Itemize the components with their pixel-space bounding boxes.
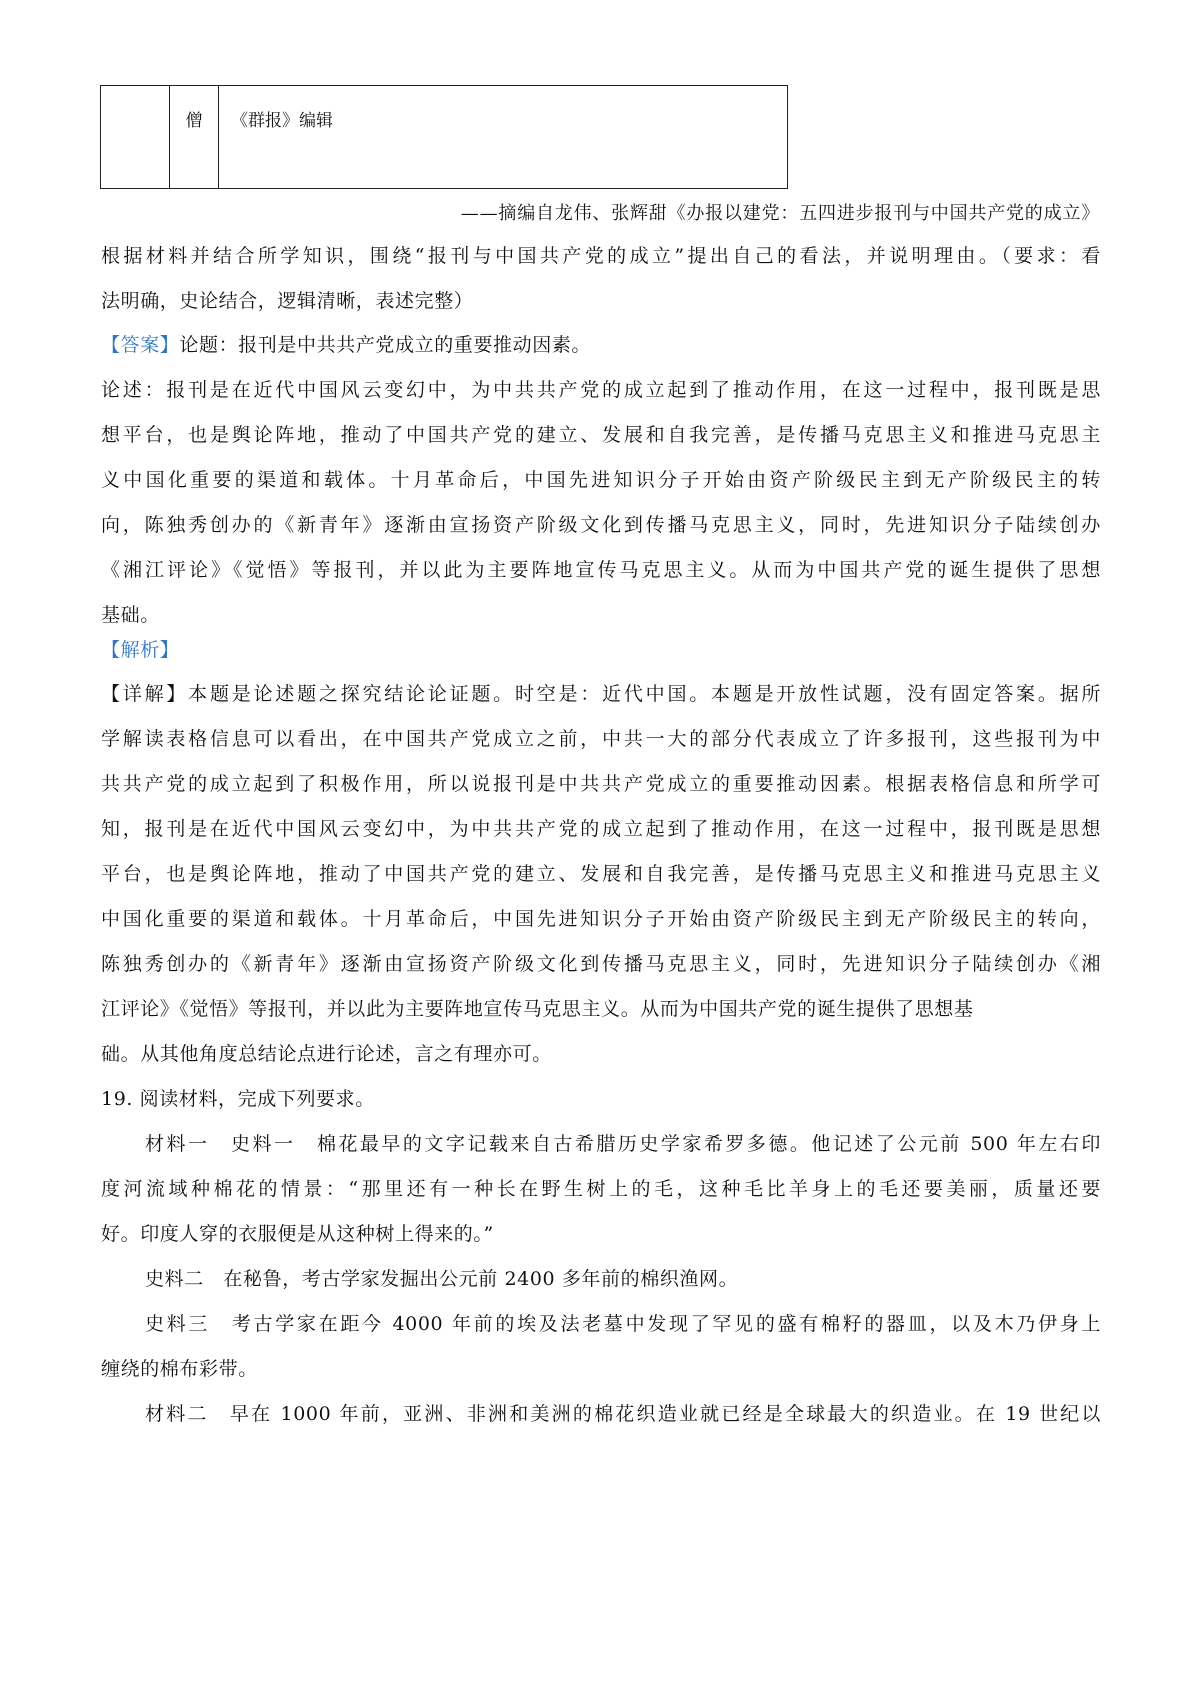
analysis-line: 共共产党的成立起到了积极作用，所以说报刊是中共共产党成立的重要推动因素。根据表格… — [101, 772, 1101, 796]
question-19-title: 19. 阅读材料，完成下列要求。 — [101, 1087, 375, 1111]
q19-material-line: 度河流域种棉花的情景：“那里还有一种长在野生树上的毛，这种毛比羊身上的毛还要美丽… — [101, 1177, 1101, 1201]
q19-material-line: 好。印度人穿的衣服便是从这种树上得来的。” — [101, 1222, 494, 1246]
analysis-label: 【解析】 — [101, 638, 179, 662]
answer-body-line: 向，陈独秀创办的《新青年》逐渐由宣扬资产阶级文化到传播马克思主义，同时，先进知识… — [101, 513, 1101, 537]
delegates-table-fragment: 僧 《群报》编辑 — [100, 85, 788, 189]
answer-body-line: 论述：报刊是在近代中国风云变幻中，为中共共产党的成立起到了推动作用，在这一过程中… — [101, 378, 1101, 402]
analysis-line: 江评论》《觉悟》等报刊，并以此为主要阵地宣传马克思主义。从而为中国共产党的诞生提… — [101, 997, 974, 1021]
table-row: 僧 《群报》编辑 — [101, 86, 788, 189]
analysis-line: 陈独秀创办的《新青年》逐渐由宣扬资产阶级文化到传播马克思主义，同时，先进知识分子… — [101, 952, 1101, 976]
analysis-detail-line: 【详解】本题是论述题之探究结论论证题。时空是：近代中国。本题是开放性试题，没有固… — [101, 682, 1101, 706]
answer-body-line: 《湘江评论》《觉悟》等报刊，并以此为主要阵地宣传马克思主义。从而为中国共产党的诞… — [101, 558, 1101, 582]
analysis-detail-text: 本题是论述题之探究结论论证题。时空是：近代中国。本题是开放性试题，没有固定答案。… — [188, 683, 1101, 705]
q19-material-line: 材料一 史料一 棉花最早的文字记载来自古希腊历史学家希罗多德。他记述了公元前 5… — [145, 1132, 1101, 1156]
analysis-line: 平台，也是舆论阵地，推动了中国共产党的建立、发展和自我完善，是传播马克思主义和推… — [101, 862, 1101, 886]
q19-material-line: 史料三 考古学家在距今 4000 年前的埃及法老墓中发现了罕见的盛有棉籽的器皿，… — [145, 1312, 1101, 1336]
analysis-line: 学解读表格信息可以看出，在中国共产党成立之前，中共一大的部分代表成立了许多报刊，… — [101, 727, 1101, 751]
analysis-line: 中国化重要的渠道和载体。十月革命后，中国先进知识分子开始由资产阶级民主到无产阶级… — [101, 907, 1101, 931]
answer-thesis: 论题：报刊是中共共产党成立的重要推动因素。 — [179, 334, 591, 356]
q19-material-line: 史料二 在秘鲁，考古学家发掘出公元前 2400 多年前的棉织渔网。 — [145, 1267, 738, 1291]
document-page: 僧 《群报》编辑 ——摘编自龙伟、张辉甜《办报以建党：五四进步报刊与中国共产党的… — [0, 0, 1200, 1698]
table-cell-empty — [101, 86, 170, 189]
analysis-line: 础。从其他角度总结论点进行论述，言之有理亦可。 — [101, 1042, 552, 1066]
q19-material-line: 缠绕的棉布彩带。 — [101, 1357, 258, 1381]
table-cell-name: 僧 — [170, 86, 219, 189]
answer-label: 【答案】 — [101, 334, 179, 356]
answer-thesis-line: 【答案】论题：报刊是中共共产党成立的重要推动因素。 — [101, 333, 591, 357]
analysis-detail-label: 【详解】 — [101, 683, 188, 705]
answer-body-line: 义中国化重要的渠道和载体。十月革命后，中国先进知识分子开始由资产阶级民主到无产阶… — [101, 468, 1101, 492]
question-line: 根据材料并结合所学知识，围绕“报刊与中国共产党的成立”提出自己的看法，并说明理由… — [101, 244, 1101, 268]
answer-body-line: 基础。 — [101, 603, 160, 627]
analysis-line: 知，报刊是在近代中国风云变幻中，为中共共产党的成立起到了推动作用，在这一过程中，… — [101, 817, 1101, 841]
material-source-citation: ——摘编自龙伟、张辉甜《办报以建党：五四进步报刊与中国共产党的成立》 — [461, 202, 1100, 226]
table-cell-role: 《群报》编辑 — [219, 86, 788, 189]
question-line: 法明确，史论结合，逻辑清晰，表述完整） — [101, 289, 473, 313]
answer-body-line: 想平台，也是舆论阵地，推动了中国共产党的建立、发展和自我完善，是传播马克思主义和… — [101, 423, 1101, 447]
q19-material-line: 材料二 早在 1000 年前，亚洲、非洲和美洲的棉花织造业就已经是全球最大的织造… — [145, 1402, 1101, 1426]
